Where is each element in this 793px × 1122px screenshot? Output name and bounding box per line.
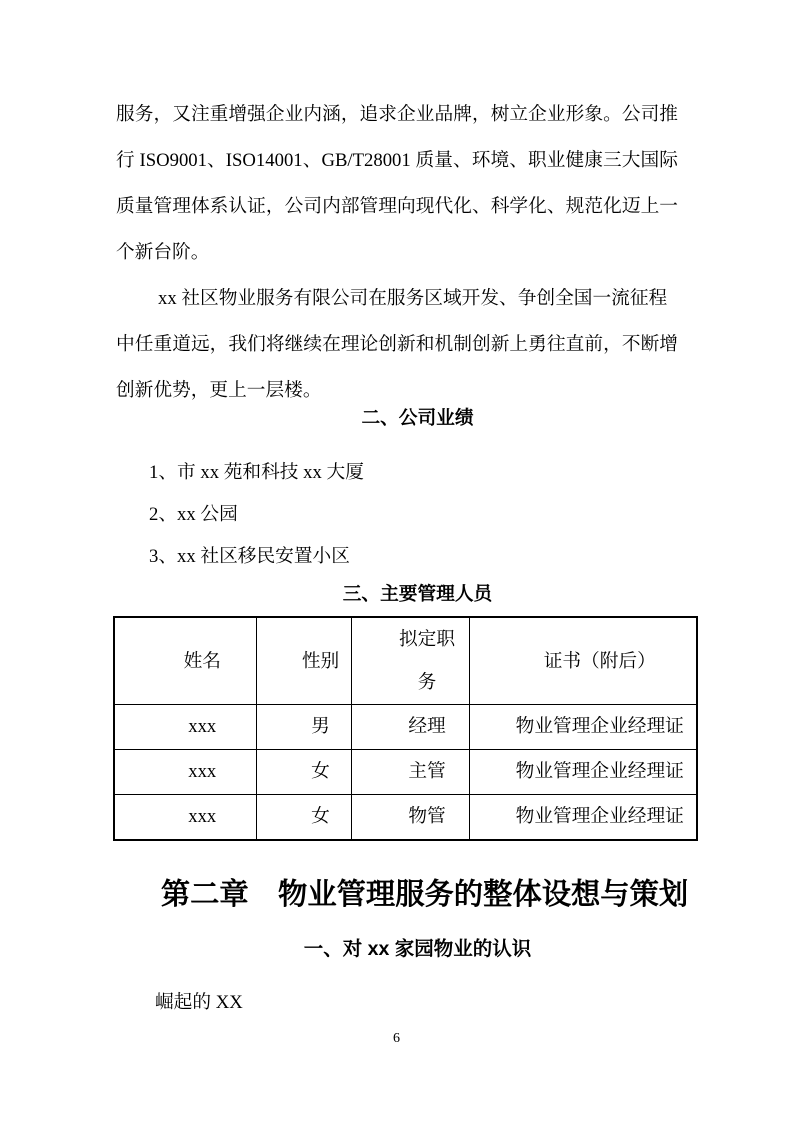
managers-table: 姓名 性别 拟定职务 证书（附后） xxx 男 经理 物业管理企业经理证 xxx… [113, 616, 698, 841]
document-page: 服务，又注重增强企业内涵，追求企业品牌，树立企业形象。公司推 行 ISO9001… [0, 0, 793, 1122]
paragraph-line: 中任重道远，我们将继续在理论创新和机制创新上勇往直前，不断增 [116, 322, 678, 368]
table-cell: 物业管理企业经理证 [469, 795, 697, 841]
paragraph-outlook: xx 社区物业服务有限公司在服务区域开发、争创全国一流征程 中任重道远，我们将继… [116, 276, 678, 414]
list-item: 2、xx 公园 [116, 494, 678, 536]
list-item: 3、xx 社区移民安置小区 [116, 536, 678, 578]
table-cell: 经理 [351, 705, 469, 750]
table-cell: 物管 [351, 795, 469, 841]
paragraph-line: xx 社区物业服务有限公司在服务区域开发、争创全国一流征程 [116, 276, 678, 322]
list-item: 1、市 xx 苑和科技 xx 大厦 [116, 452, 678, 494]
table-cell: xxx [114, 795, 256, 841]
table-header-row: 姓名 性别 拟定职务 证书（附后） [114, 617, 697, 705]
paragraph-line: 个新台阶。 [116, 230, 678, 276]
paragraph-line: 行 ISO9001、ISO14001、GB/T28001 质量、环境、职业健康三… [116, 138, 678, 184]
table-cell: 女 [256, 750, 351, 795]
paragraph-line: 质量管理体系认证，公司内部管理向现代化、科学化、规范化迈上一 [116, 184, 678, 230]
section-heading-managers: 三、主要管理人员 [0, 582, 793, 606]
paragraph-rising: 崛起的 XX [116, 980, 678, 1026]
page-number: 6 [0, 1030, 793, 1048]
paragraph-opening: 服务，又注重增强企业内涵，追求企业品牌，树立企业形象。公司推 行 ISO9001… [116, 92, 678, 276]
chapter-heading: 第二章 物业管理服务的整体设想与策划 [0, 876, 793, 914]
table-cell: 物业管理企业经理证 [469, 705, 697, 750]
table-cell: 物业管理企业经理证 [469, 750, 697, 795]
performance-list: 1、市 xx 苑和科技 xx 大厦 2、xx 公园 3、xx 社区移民安置小区 [116, 452, 678, 578]
table-cell: xxx [114, 750, 256, 795]
table-header-cell-gender: 性别 [256, 617, 351, 705]
table-header-cell-position: 拟定职务 [351, 617, 469, 705]
section-heading-performance: 二、公司业绩 [0, 406, 793, 430]
paragraph-line: 崛起的 XX [116, 980, 717, 1026]
section-heading-recognition: 一、对 xx 家园物业的认识 [0, 936, 793, 962]
table-header-cell-name: 姓名 [114, 617, 256, 705]
table-row: xxx 女 主管 物业管理企业经理证 [114, 750, 697, 795]
paragraph-line: 服务，又注重增强企业内涵，追求企业品牌，树立企业形象。公司推 [116, 92, 678, 138]
table-header-cell-certificate: 证书（附后） [469, 617, 697, 705]
table-row: xxx 男 经理 物业管理企业经理证 [114, 705, 697, 750]
table-cell: xxx [114, 705, 256, 750]
table-row: xxx 女 物管 物业管理企业经理证 [114, 795, 697, 841]
table-cell: 女 [256, 795, 351, 841]
table-cell: 男 [256, 705, 351, 750]
table-cell: 主管 [351, 750, 469, 795]
